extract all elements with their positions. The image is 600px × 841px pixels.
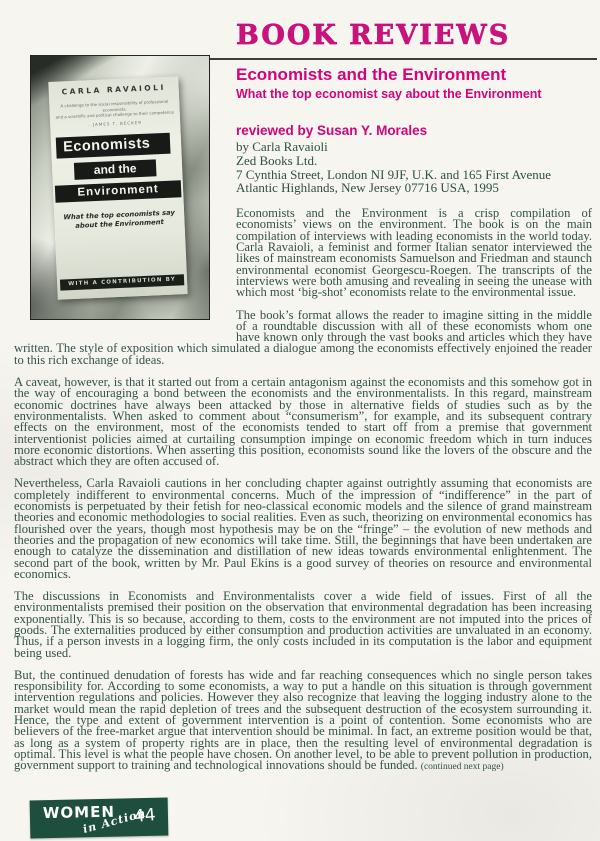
cover-title-line2: and the — [74, 159, 157, 180]
masthead-rule — [208, 58, 597, 60]
page-number: 44 — [133, 805, 156, 827]
cover-blurb: A challenge to the social responsibility… — [49, 98, 180, 129]
cover-subtitle: What the top economists say about the En… — [54, 208, 185, 232]
cover-title-block: Economists and the Environment — [51, 132, 184, 203]
magazine-footer-badge: WOMEN in Action 44 — [30, 798, 169, 839]
continued-note: (continued next page) — [421, 762, 504, 772]
magazine-page: BOOK REVIEWS CARLA RAVAIOLI A challenge … — [0, 0, 600, 841]
section-masthead: BOOK REVIEWS — [236, 20, 510, 51]
review-paragraph: The discussions in Economists and Enviro… — [14, 591, 592, 659]
book-cover-photo: CARLA RAVAIOLI A challenge to the social… — [30, 55, 210, 320]
book-cover: CARLA RAVAIOLI A challenge to the social… — [48, 76, 187, 299]
review-paragraph: A caveat, however, is that it started ou… — [14, 377, 592, 467]
review-content: CARLA RAVAIOLI A challenge to the social… — [0, 0, 600, 774]
cover-contribution-band: WITH A CONTRIBUTION BY PAUL EKINS — [60, 274, 184, 290]
cover-title-line3: Environment — [55, 180, 182, 202]
review-paragraph-text: But, the continued denudation of forests… — [14, 668, 592, 772]
cover-author-name: CARLA RAVAIOLI — [48, 76, 179, 97]
cover-title-line1: Economists — [56, 133, 171, 159]
review-paragraph: But, the continued denudation of forests… — [14, 670, 592, 774]
review-paragraph: Nevertheless, Carla Ravaioli cautions in… — [14, 478, 592, 580]
